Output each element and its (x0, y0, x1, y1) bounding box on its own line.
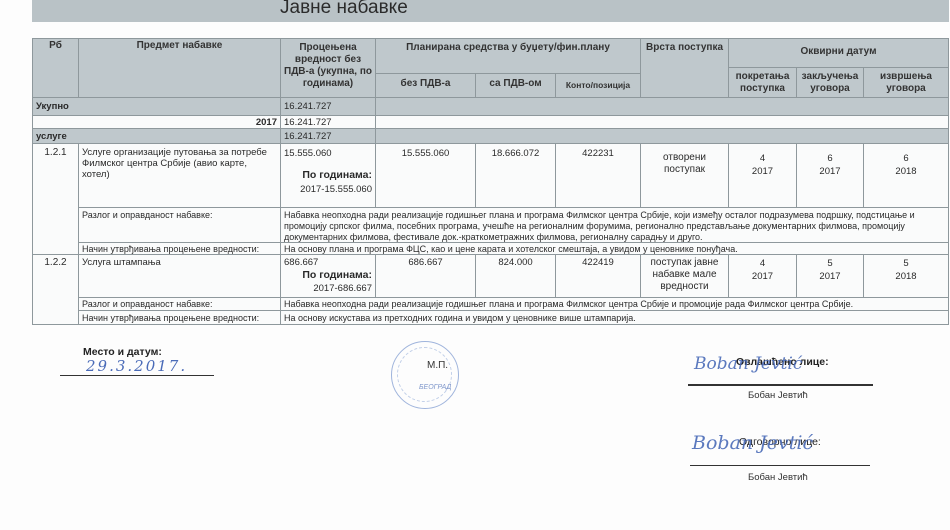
place-date-value: 29.3.2017. (86, 357, 187, 375)
item-estimated-cell: 686.667 По годинама: 2017-686.667 (280, 254, 376, 298)
item-contract-date: 5 2017 (796, 254, 864, 298)
header-estimated: Процењена вредност без ПДВ-а (укупна, по… (280, 38, 376, 98)
item-reason-text: Набавка неопходна ради реализације годиш… (280, 297, 949, 311)
item-reason-label: Разлог и оправданост набавке: (78, 297, 281, 311)
item-method-text: На основу искустава из претходних година… (280, 310, 949, 325)
item-reason-label: Разлог и оправданост набавке: (78, 207, 281, 243)
year-label: 2017 (32, 115, 281, 129)
stamp-city: БЕОГРАД (419, 384, 451, 391)
execution-year: 2018 (867, 270, 945, 283)
contract-month: 6 (800, 152, 860, 165)
responsible-name: Бобан Јевтић (748, 472, 808, 483)
authorized-name: Бобан Јевтић (748, 390, 808, 401)
responsible-signature: Boban Jevtić (692, 432, 813, 454)
item-execution-date: 6 2018 (863, 143, 949, 208)
header-subject: Предмет набавке (78, 38, 281, 98)
item-account: 422419 (555, 254, 641, 298)
item-rb: 1.2.1 (32, 143, 79, 255)
item-procedure-type: отворени поступак (640, 143, 729, 208)
total-value: 16.241.727 (280, 97, 376, 116)
stamp-icon (391, 341, 459, 409)
item-estimated-cell: 15.555.060 По годинама: 2017-15.555.060 (280, 143, 376, 208)
authorized-signature: Boban Jevtić (694, 354, 802, 374)
document-title: Јавне набавке (280, 0, 408, 19)
header-without-vat: без ПДВ-а (375, 73, 476, 98)
item-with-vat: 18.666.072 (475, 143, 556, 208)
item-start-date: 4 2017 (728, 254, 797, 298)
item-contract-date: 6 2017 (796, 143, 864, 208)
start-year: 2017 (732, 270, 793, 283)
header-framework-date: Оквирни датум (728, 38, 949, 68)
item-start-date: 4 2017 (728, 143, 797, 208)
contract-year: 2017 (800, 165, 860, 178)
item-subject: Услуге организације путовања за потребе … (78, 143, 281, 208)
header-execution: извршења уговора (863, 67, 949, 98)
execution-month: 6 (867, 152, 945, 165)
item-execution-date: 5 2018 (863, 254, 949, 298)
stamp-inner-ring (397, 347, 452, 402)
category-value: 16.241.727 (280, 128, 376, 144)
title-bar: Јавне набавке (32, 0, 949, 22)
total-empty (375, 97, 949, 116)
header-with-vat: са ПДВ-ом (475, 73, 556, 98)
start-year: 2017 (732, 165, 793, 178)
item-without-vat: 686.667 (375, 254, 476, 298)
stamp-label: М.П. (427, 360, 448, 371)
start-month: 4 (732, 152, 793, 165)
header-procedure-type: Врста поступка (640, 38, 729, 98)
place-date-line (60, 375, 214, 376)
year-value: 16.241.727 (280, 115, 376, 129)
year-empty (375, 115, 949, 129)
item-rb: 1.2.2 (32, 254, 79, 325)
header-contract: закључења уговора (796, 67, 864, 98)
item-by-year-label: По годинама: (284, 270, 372, 281)
header-start: покретања поступка (728, 67, 797, 98)
item-method-label: Начин утврђивања процењене вредности: (78, 310, 281, 325)
item-without-vat: 15.555.060 (375, 143, 476, 208)
authorized-line (688, 384, 873, 386)
item-account: 422231 (555, 143, 641, 208)
header-rb: Рб (32, 38, 79, 98)
category-empty (375, 128, 949, 144)
header-planned: Планирана средства у буџету/фин.плану (375, 38, 641, 74)
total-label: Укупно (32, 97, 281, 116)
item-subject: Услуга штампања (78, 254, 281, 298)
contract-year: 2017 (800, 270, 860, 283)
item-by-year-label: По годинама: (284, 170, 372, 181)
header-account: Конто/позиција (555, 73, 641, 98)
item-by-year-value: 2017-15.555.060 (284, 184, 372, 195)
responsible-line (690, 465, 870, 466)
item-estimated: 686.667 (284, 257, 372, 268)
contract-month: 5 (800, 257, 860, 270)
item-procedure-type: поступак јавне набавке мале вредности (640, 254, 729, 298)
item-reason-text: Набавка неопходна ради реализације годиш… (280, 207, 949, 243)
start-month: 4 (732, 257, 793, 270)
item-by-year-value: 2017-686.667 (284, 283, 372, 294)
execution-year: 2018 (867, 165, 945, 178)
item-with-vat: 824.000 (475, 254, 556, 298)
item-estimated: 15.555.060 (284, 148, 372, 159)
execution-month: 5 (867, 257, 945, 270)
category-label: услуге (32, 128, 281, 144)
